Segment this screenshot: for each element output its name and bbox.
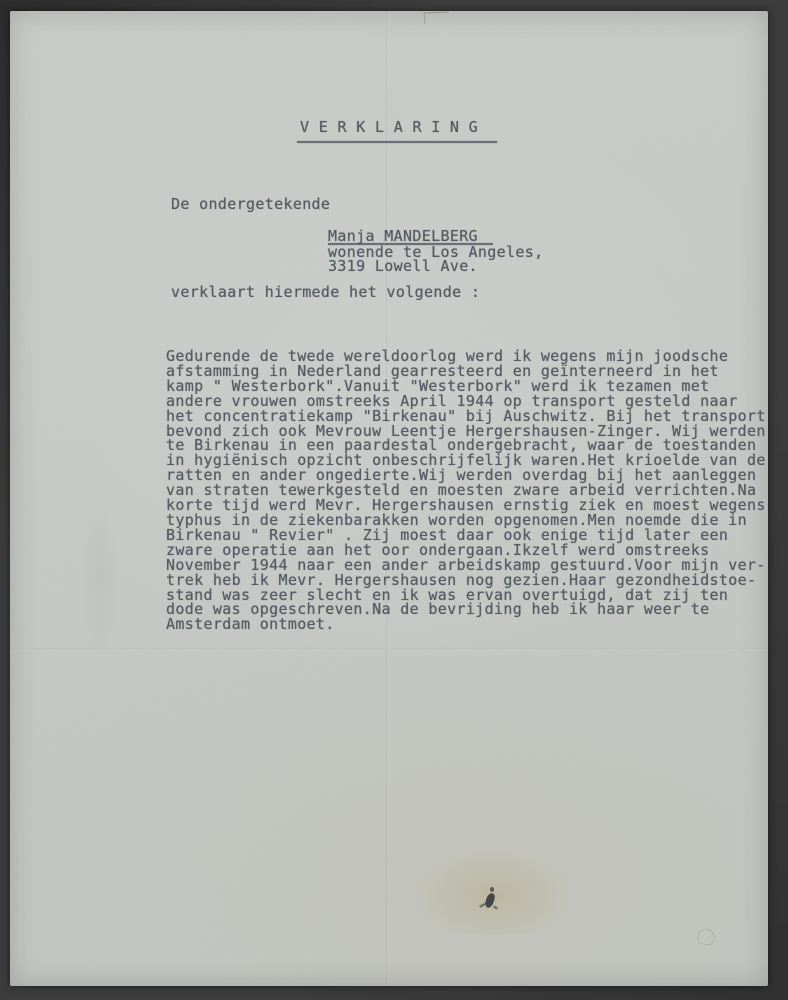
- document-page: V E R K L A R I N G De ondergetekende Ma…: [10, 11, 768, 986]
- declarant-street: 3319 Lowell Ave.: [328, 259, 478, 274]
- pencil-mark-top: [424, 12, 449, 25]
- scan-backdrop: V E R K L A R I N G De ondergetekende Ma…: [0, 0, 788, 1000]
- paper-smudge: [80, 501, 120, 661]
- declaration-body: Gedurende de twede wereldoorlog werd ik …: [166, 349, 766, 632]
- salutation-line: De ondergetekende: [171, 197, 330, 212]
- declaration-intro: verklaart hiermede het volgende :: [171, 285, 480, 300]
- horizontal-fold-crease: [10, 648, 768, 651]
- paper-stain: [418, 849, 568, 934]
- title-underline: [297, 141, 497, 143]
- document-title: V E R K L A R I N G: [300, 120, 478, 135]
- declarant-name: Manja MANDELBERG: [328, 229, 478, 244]
- ink-blot: [479, 887, 501, 913]
- pencil-mark-bottom-right: [696, 927, 717, 947]
